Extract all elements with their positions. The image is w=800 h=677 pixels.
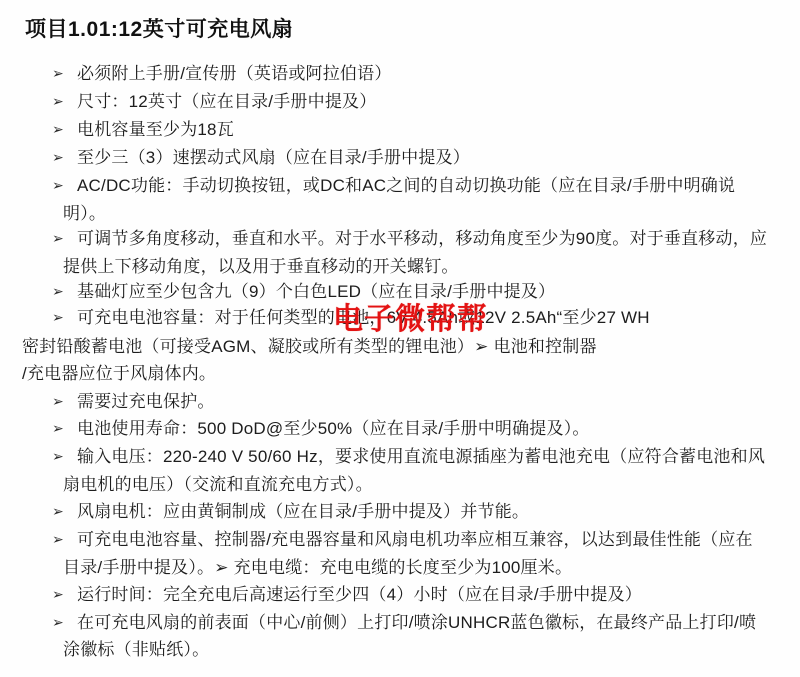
- page-title: 项目1.01:12英寸可充电风扇: [25, 13, 293, 43]
- bullet-arrow-icon: ➢: [52, 174, 77, 196]
- bullet-arrow-icon: ➢: [52, 227, 77, 249]
- bullet-arrow-icon: ➢: [52, 445, 77, 467]
- list-item: ➢电池使用寿命：500 DoD@至少50%（应在目录/手册中明确提及）。: [52, 418, 590, 440]
- list-item-text: 在可充电风扇的前表面（中心/前侧）上打印/喷涂UNHCR蓝色徽标，在最终产品上打…: [77, 613, 756, 632]
- list-item-text: 可充电电池容量：对于任何类型的电池，6V 4.5Ah或12V 2.5Ah“至少2…: [77, 308, 650, 327]
- list-item: ➢AC/DC功能：手动切换按钮，或DC和AC之间的自动切换功能（应在目录/手册中…: [52, 175, 735, 197]
- list-item-text: 必须附上手册/宣传册（英语或阿拉伯语）: [77, 64, 392, 83]
- list-item-text: 涂徽标（非贴纸）。: [63, 640, 209, 659]
- bullet-arrow-icon: ➢: [52, 528, 77, 550]
- list-item-text: 电池使用寿命：500 DoD@至少50%（应在目录/手册中明确提及）。: [77, 419, 590, 438]
- bullet-arrow-icon: ➢: [52, 146, 77, 168]
- list-item-continuation: /充电器应位于风扇体内。: [22, 363, 216, 385]
- list-item: ➢至少三（3）速摆动式风扇（应在目录/手册中提及）: [52, 147, 470, 169]
- bullet-arrow-icon: ➢: [52, 611, 77, 633]
- list-item-continuation: 目录/手册中提及）。➢ 充电电缆：充电电缆的长度至少为100厘米。: [63, 557, 572, 579]
- list-item: ➢输入电压：220-240 V 50/60 Hz，要求使用直流电源插座为蓄电池充…: [52, 446, 765, 468]
- list-item-text: 可充电电池容量、控制器/充电器容量和风扇电机功率应相互兼容，以达到最佳性能（应在: [77, 530, 753, 549]
- document-page: 项目1.01:12英寸可充电风扇 ➢必须附上手册/宣传册（英语或阿拉伯语）➢尺寸…: [0, 0, 800, 677]
- list-item: ➢可充电电池容量：对于任何类型的电池，6V 4.5Ah或12V 2.5Ah“至少…: [52, 307, 650, 329]
- bullet-arrow-icon: ➢: [52, 583, 77, 605]
- bullet-arrow-icon: ➢: [52, 280, 77, 302]
- list-item-continuation: 密封铅酸蓄电池（可接受AGM、凝胶或所有类型的锂电池）➢ 电池和控制器: [22, 336, 597, 358]
- list-item-text: 密封铅酸蓄电池（可接受AGM、凝胶或所有类型的锂电池）➢ 电池和控制器: [22, 337, 597, 356]
- list-item-text: 至少三（3）速摆动式风扇（应在目录/手册中提及）: [77, 148, 470, 167]
- list-item: ➢风扇电机：应由黄铜制成（应在目录/手册中提及）并节能。: [52, 501, 529, 523]
- list-item: ➢基础灯应至少包含九（9）个白色LED（应在目录/手册中提及）: [52, 281, 555, 303]
- list-item-text: 电机容量至少为18瓦: [77, 120, 234, 139]
- list-item-text: 需要过充电保护。: [77, 392, 215, 411]
- list-item-text: 扇电机的电压）（交流和直流充电方式）。: [63, 475, 373, 494]
- list-item-text: 输入电压：220-240 V 50/60 Hz，要求使用直流电源插座为蓄电池充电…: [77, 447, 765, 466]
- list-item-text: AC/DC功能：手动切换按钮，或DC和AC之间的自动切换功能（应在目录/手册中明…: [77, 176, 735, 195]
- bullet-arrow-icon: ➢: [52, 390, 77, 412]
- bullet-arrow-icon: ➢: [52, 118, 77, 140]
- list-item-continuation: 涂徽标（非贴纸）。: [63, 639, 209, 661]
- list-item-text: 运行时间：完全充电后高速运行至少四（4）小时（应在目录/手册中提及）: [77, 585, 642, 604]
- list-item-text: /充电器应位于风扇体内。: [22, 364, 216, 383]
- list-item: ➢需要过充电保护。: [52, 391, 215, 413]
- list-item-text: 可调节多角度移动，垂直和水平。对于水平移动，移动角度至少为90度。对于垂直移动，…: [77, 229, 767, 248]
- list-item-text: 目录/手册中提及）。➢ 充电电缆：充电电缆的长度至少为100厘米。: [63, 558, 572, 577]
- bullet-arrow-icon: ➢: [52, 500, 77, 522]
- list-item: ➢电机容量至少为18瓦: [52, 119, 234, 141]
- list-item-continuation: 扇电机的电压）（交流和直流充电方式）。: [63, 474, 373, 496]
- bullet-arrow-icon: ➢: [52, 417, 77, 439]
- list-item-continuation: 明）。: [63, 203, 106, 225]
- list-item-text: 提供上下移动角度，以及用于垂直移动的开关螺钉。: [63, 257, 459, 276]
- bullet-arrow-icon: ➢: [52, 62, 77, 84]
- list-item: ➢可充电电池容量、控制器/充电器容量和风扇电机功率应相互兼容，以达到最佳性能（应…: [52, 529, 753, 551]
- list-item: ➢可调节多角度移动，垂直和水平。对于水平移动，移动角度至少为90度。对于垂直移动…: [52, 228, 767, 250]
- list-item: ➢必须附上手册/宣传册（英语或阿拉伯语）: [52, 63, 392, 85]
- list-item: ➢运行时间：完全充电后高速运行至少四（4）小时（应在目录/手册中提及）: [52, 584, 642, 606]
- list-item-text: 明）。: [63, 204, 106, 223]
- list-item-text: 风扇电机：应由黄铜制成（应在目录/手册中提及）并节能。: [77, 502, 529, 521]
- bullet-arrow-icon: ➢: [52, 90, 77, 112]
- bullet-arrow-icon: ➢: [52, 306, 77, 328]
- list-item-text: 基础灯应至少包含九（9）个白色LED（应在目录/手册中提及）: [77, 282, 555, 301]
- list-item-continuation: 提供上下移动角度，以及用于垂直移动的开关螺钉。: [63, 256, 459, 278]
- list-item-text: 尺寸：12英寸（应在目录/手册中提及）: [77, 92, 376, 111]
- list-item: ➢尺寸：12英寸（应在目录/手册中提及）: [52, 91, 376, 113]
- list-item: ➢在可充电风扇的前表面（中心/前侧）上打印/喷涂UNHCR蓝色徽标，在最终产品上…: [52, 612, 756, 634]
